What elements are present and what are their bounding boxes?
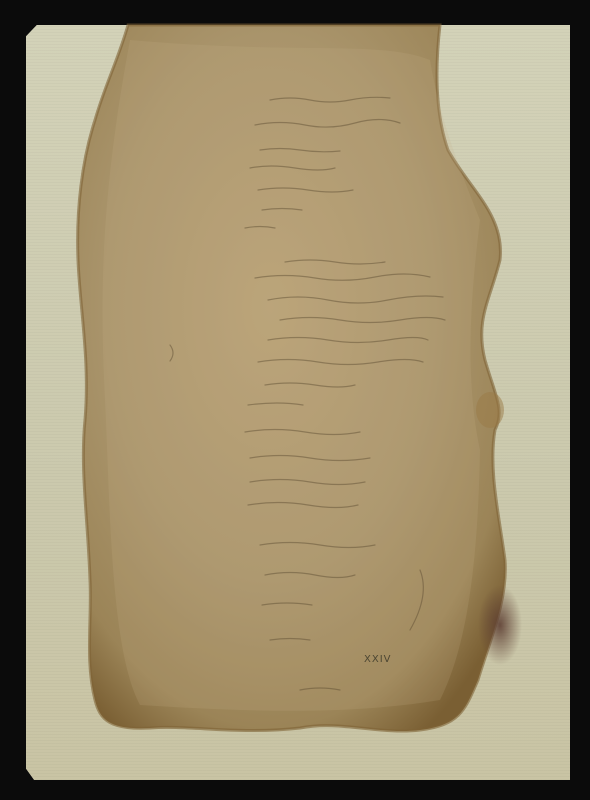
foliation-mark: XXIV bbox=[364, 654, 392, 665]
handwritten-script bbox=[0, 0, 590, 800]
